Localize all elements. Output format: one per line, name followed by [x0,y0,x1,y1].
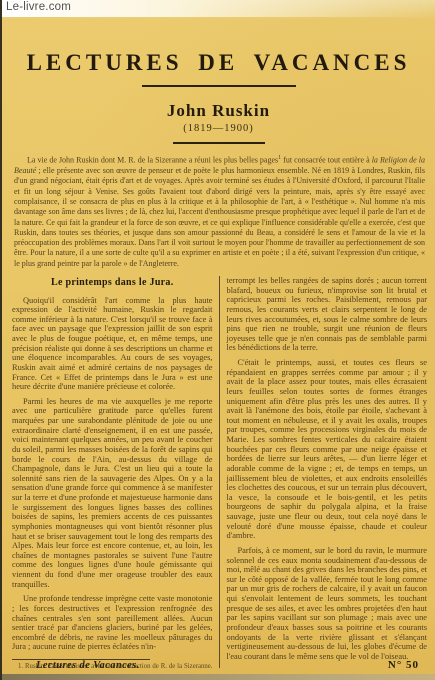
right-paragraph-2: C'était le printemps, aussi, et toutes c… [227,358,428,541]
intro-text-1: La vie de John Ruskin dont M. R. de la S… [27,156,278,165]
left-column: Le printemps dans le Jura. Quoiqu'il con… [12,276,219,668]
author-name: John Ruskin [2,101,435,121]
scan-bottom-shadow [2,674,435,680]
footer-issue-number: N° 50 [388,659,419,671]
left-paragraph-2: Parmi les heures de ma vie auxquelles je… [12,397,213,590]
intro-text-3: ; elle présente avec son œuvre de penseu… [14,166,425,268]
title-rule [142,85,296,87]
left-paragraph-3: Une profonde tendresse imprègne cette va… [12,594,213,652]
author-rule [173,142,265,144]
intro-text-2: fut consacrée tout entière à [281,156,372,165]
two-column-body: Le printemps dans le Jura. Quoiqu'il con… [12,276,427,668]
right-paragraph-1: terrompt les belles rangées de sapins do… [227,276,428,353]
page-footer: Lectures de Vacances. N° 50 [2,659,435,671]
page-title: LECTURES DE VACANCES [2,50,435,76]
footer-series-title: Lectures de Vacances. [36,660,140,671]
left-paragraph-1: Quoiqu'il considérât l'art comme la plus… [12,296,213,392]
right-column: terrompt les belles rangées de sapins do… [220,276,428,668]
intro-paragraph: La vie de John Ruskin dont M. R. de la S… [14,155,425,269]
right-paragraph-3: Parfois, à ce moment, sur le bord du rav… [227,546,428,662]
section-title: Le printemps dans le Jura. [12,277,213,288]
author-dates: (1819—1900) [2,123,435,134]
scanned-book-page: Le-livre.com LECTURES DE VACANCES John R… [0,0,435,680]
scan-watermark: Le-livre.com [6,1,71,13]
masthead: LECTURES DE VACANCES John Ruskin (1819—1… [2,0,435,144]
